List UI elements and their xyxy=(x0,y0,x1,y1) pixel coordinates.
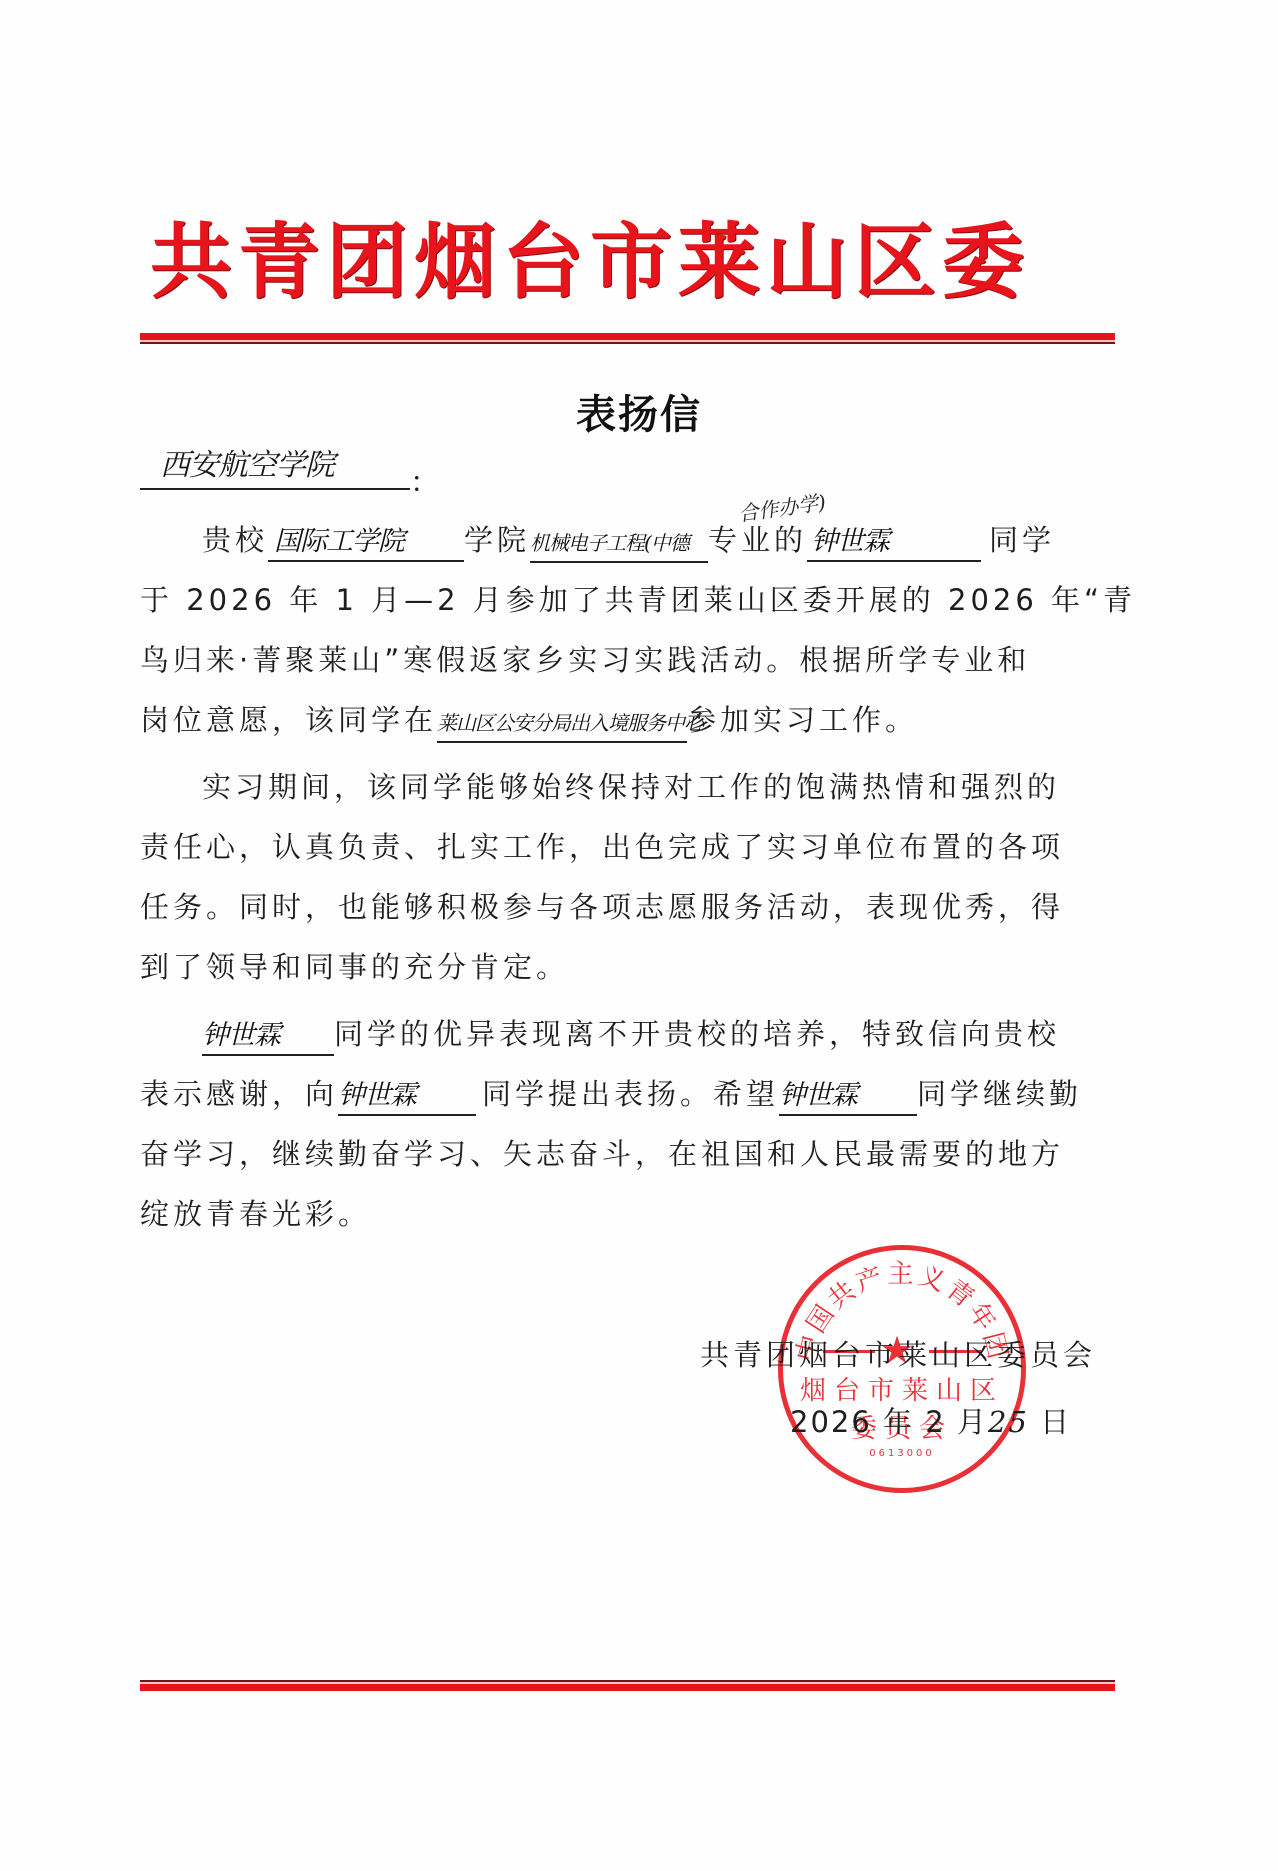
paragraph2-line1: 实习期间，该同学能够始终保持对工作的饱满热情和强烈的 xyxy=(140,765,1177,809)
recipient-field: 西安航空学院 xyxy=(140,440,410,490)
text-segment: 参加实习工作。 xyxy=(687,703,918,737)
paragraph2-line2: 责任心，认真负责、扎实工作，出色完成了实习单位布置的各项 xyxy=(140,825,1115,869)
student-name-handwritten: 钟世霖 xyxy=(202,1018,334,1056)
date-day-handwritten: 25 xyxy=(988,1405,1029,1439)
date-year-label: 年 xyxy=(883,1405,914,1439)
paragraph2-line3: 任务。同时，也能够积极参与各项志愿服务活动，表现优秀，得 xyxy=(140,885,1115,929)
text-segment: 贵校 xyxy=(202,523,268,557)
header-divider xyxy=(140,333,1115,344)
salutation-colon: ： xyxy=(410,460,439,501)
text-segment: 表示感谢，向 xyxy=(140,1077,338,1111)
date-day-label: 日 xyxy=(1040,1405,1071,1439)
paragraph1-line2: 于 2026 年 1 月—2 月参加了共青团莱山区委开展的 2026 年“青 xyxy=(140,578,1115,622)
major-handwritten: 机械电子工程(中德 xyxy=(530,525,708,563)
date-month: 2 xyxy=(925,1405,945,1439)
paragraph1-line1: 贵校国际工学院学院机械电子工程(中德专业的钟世霖同学 xyxy=(140,518,1177,563)
paragraph3-line2: 表示感谢，向钟世霖同学提出表扬。希望钟世霖同学继续勤 xyxy=(140,1072,1115,1116)
paragraph3-line1: 钟世霖同学的优异表现离不开贵校的培养，特致信向贵校 xyxy=(140,1012,1177,1056)
letter-title: 表扬信 xyxy=(0,383,1278,440)
footer-divider xyxy=(140,1680,1115,1691)
letter-page: 共青团烟台市莱山区委 表扬信 西安航空学院 ： 合作办学) 贵校国际工学院学院机… xyxy=(0,0,1278,1871)
student-name-handwritten: 钟世霖 xyxy=(807,524,981,562)
recipient-handwritten: 西安航空学院 xyxy=(160,440,334,484)
paragraph1-line4: 岗位意愿，该同学在莱山区公安分局出入境服务中心参加实习工作。 xyxy=(140,698,1115,743)
paragraph3-line3: 奋学习，继续勤奋学习、矢志奋斗，在祖国和人民最需要的地方 xyxy=(140,1132,1115,1176)
text-segment: 同学 xyxy=(981,523,1055,557)
signoff-date: 2026 年 2 月25 日 xyxy=(790,1400,1071,1441)
date-month-label: 月 xyxy=(957,1405,988,1439)
text-segment: 学院 xyxy=(464,523,530,557)
masthead-title: 共青团烟台市莱山区委 xyxy=(150,212,1130,312)
text-segment: 专业的 xyxy=(708,523,807,557)
signoff-organization: 共青团烟台市莱山区委员会 xyxy=(700,1333,1096,1374)
paragraph1-line3: 鸟归来·菁聚莱山”寒假返家乡实习实践活动。根据所学专业和 xyxy=(140,638,1115,682)
workplace-handwritten: 莱山区公安分局出入境服务中心 xyxy=(437,705,687,743)
school-handwritten: 国际工学院 xyxy=(268,524,464,562)
text-segment: 同学继续勤 xyxy=(917,1077,1082,1111)
text-segment: 同学提出表扬。希望 xyxy=(476,1077,779,1111)
paragraph2-line4: 到了领导和同事的充分肯定。 xyxy=(140,945,1115,989)
seal-code: 0613000 xyxy=(783,1448,1021,1459)
paragraph3-line4: 绽放青春光彩。 xyxy=(140,1192,1115,1236)
student-name-handwritten: 钟世霖 xyxy=(779,1078,917,1116)
text-segment: 同学的优异表现离不开贵校的培养，特致信向贵校 xyxy=(334,1017,1060,1051)
date-year: 2026 xyxy=(790,1405,872,1439)
text-segment: 岗位意愿，该同学在 xyxy=(140,703,437,737)
student-name-handwritten: 钟世霖 xyxy=(338,1078,476,1116)
